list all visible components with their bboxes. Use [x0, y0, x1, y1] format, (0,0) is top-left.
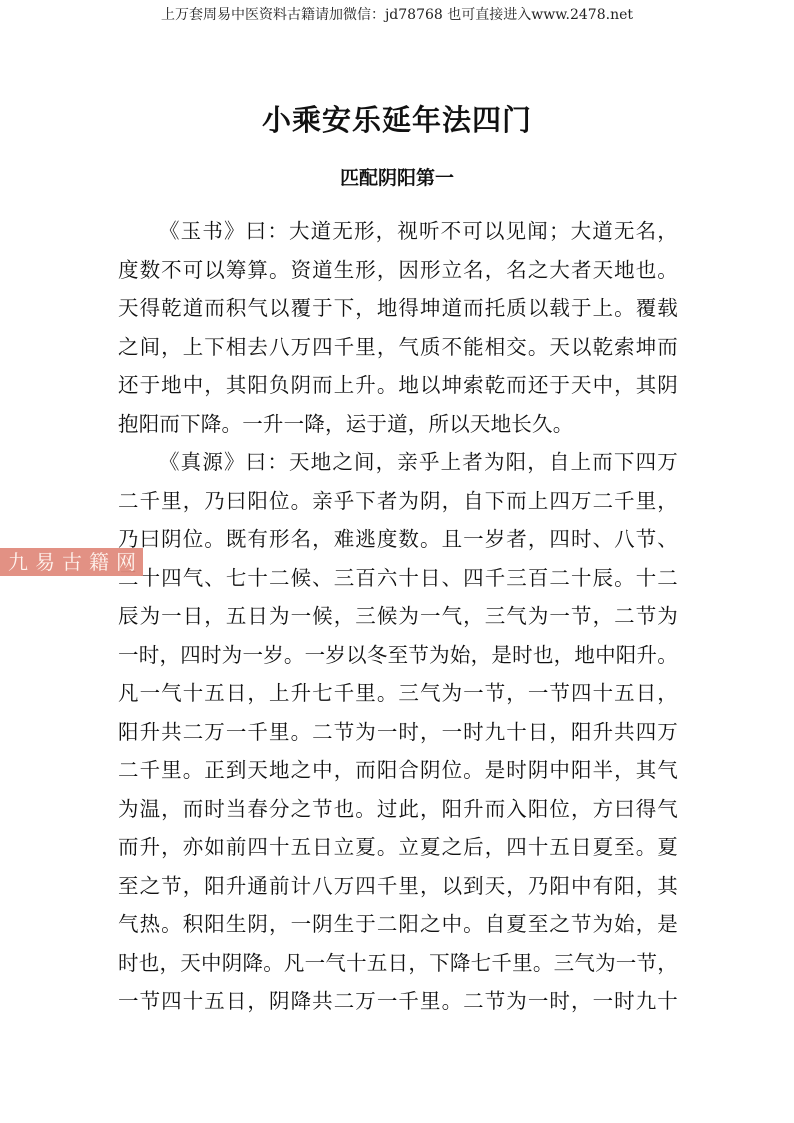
section-subtitle: 匹配阴阳第一	[0, 163, 794, 190]
text-line: 为温，而时当春分之节也。过此，阳升而入阳位，方曰得气	[118, 790, 678, 829]
text-line: 时也，天中阴降。凡一气十五日，下降七千里。三气为一节，	[118, 944, 678, 983]
body-text: 《玉书》曰：大道无形，视听不可以见闻；大道无名， 度数不可以筹算。资道生形，因形…	[118, 212, 678, 1021]
text-line: 天得乾道而积气以覆于下，地得坤道而托质以载于上。覆载	[118, 289, 678, 328]
header-notice: 上万套周易中医资料古籍请加微信：jd78768 也可直接进入www.2478.n…	[0, 4, 794, 24]
text-line: 乃曰阴位。既有形名，难逃度数。且一岁者，四时、八节、	[118, 520, 678, 559]
page-title: 小乘安乐延年法四门	[0, 98, 794, 139]
text-line: 之间，上下相去八万四千里，气质不能相交。天以乾索坤而	[118, 328, 678, 367]
text-line: 一节四十五日，阴降共二万一千里。二节为一时，一时九十	[118, 982, 678, 1021]
text-line: 而升，亦如前四十五日立夏。立夏之后，四十五日夏至。夏	[118, 828, 678, 867]
text-line: 凡一气十五日，上升七千里。三气为一节，一节四十五日，	[118, 674, 678, 713]
text-line: 至之节，阳升通前计八万四千里，以到天，乃阳中有阳，其	[118, 867, 678, 906]
text-line: 阳升共二万一千里。二节为一时，一时九十日，阳升共四万	[118, 713, 678, 752]
text-line: 一时，四时为一岁。一岁以冬至节为始，是时也，地中阳升。	[118, 636, 678, 675]
text-line: 气热。积阳生阴，一阴生于二阳之中。自夏至之节为始，是	[118, 905, 678, 944]
text-line: 辰为一日，五日为一候，三候为一气，三气为一节，二节为	[118, 597, 678, 636]
watermark-logo: 九易古籍网	[0, 548, 143, 576]
text-line: 《真源》曰：天地之间，亲乎上者为阳，自上而下四万	[118, 443, 678, 482]
text-line: 《玉书》曰：大道无形，视听不可以见闻；大道无名，	[118, 212, 678, 251]
text-line: 度数不可以筹算。资道生形，因形立名，名之大者天地也。	[118, 251, 678, 290]
text-line: 二十四气、七十二候、三百六十日、四千三百二十辰。十二	[118, 559, 678, 598]
text-line: 抱阳而下降。一升一降，运于道，所以天地长久。	[118, 405, 678, 444]
text-line: 还于地中，其阳负阴而上升。地以坤索乾而还于天中，其阴	[118, 366, 678, 405]
text-line: 二千里，乃曰阳位。亲乎下者为阴，自下而上四万二千里，	[118, 482, 678, 521]
text-line: 二千里。正到天地之中，而阳合阴位。是时阴中阳半，其气	[118, 751, 678, 790]
